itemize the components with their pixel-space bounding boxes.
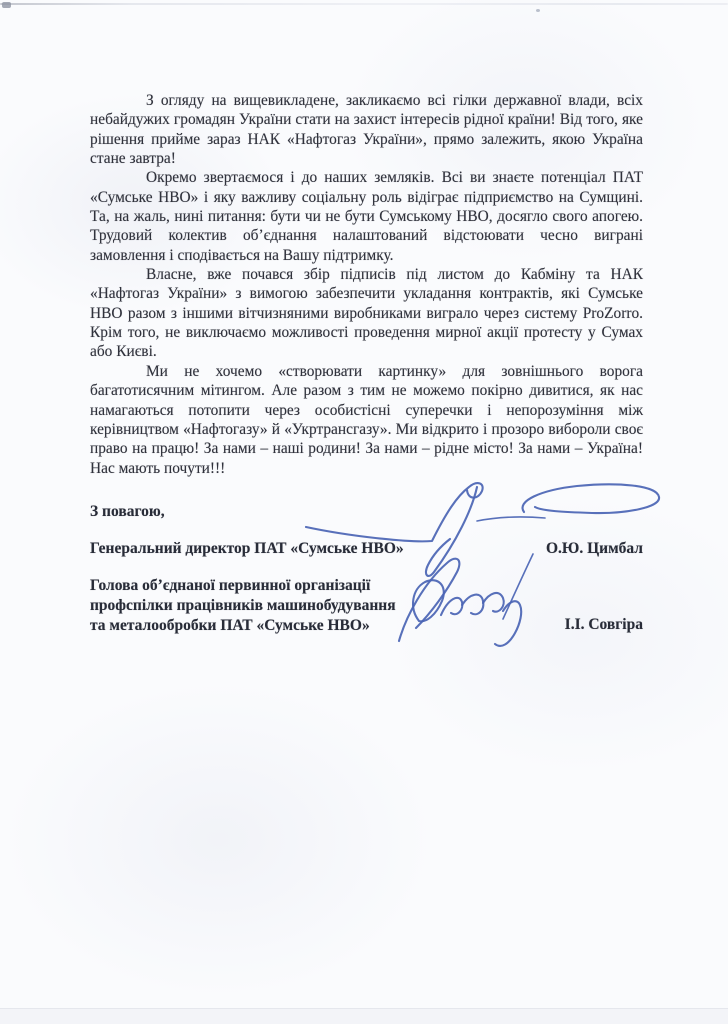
paragraph-appeal-authorities: З огляду на вищевикладене, закликаємо вс… (90, 91, 643, 168)
union-title-line-3: та металообробки ПАТ «Сумське НВО» (90, 616, 643, 636)
paragraph-petition-prozorro: Власне, вже почався збір підписів під ли… (90, 265, 643, 362)
paragraph-appeal-compatriots: Окремо звертаємося і до наших земляків. … (90, 168, 643, 265)
scan-edge-artifact-top (0, 3, 728, 5)
union-title-line-1: Голова об’єднаної первинної організації (90, 576, 643, 596)
letter-body: З огляду на вищевикладене, закликаємо вс… (90, 91, 643, 636)
scanned-letter-page: З огляду на вищевикладене, закликаємо вс… (0, 0, 728, 1024)
signatory-director-row: Генеральний директор ПАТ «Сумське НВО» О… (90, 539, 643, 558)
scan-edge-strip-bottom (0, 1009, 728, 1024)
paragraph-protest-statement: Ми не хочемо «створювати картинку» для з… (90, 362, 643, 478)
scan-speck-top-left (2, 2, 11, 8)
scan-speck-top-center (536, 9, 540, 12)
union-name: І.І. Совгіра (565, 615, 643, 634)
union-title-line-2: профспілки працівників машинобудування (90, 596, 643, 616)
closing-salutation: З повагою, (90, 502, 643, 521)
director-name: О.Ю. Цимбал (546, 539, 643, 558)
signatory-union-row: Голова об’єднаної первинної організації … (90, 576, 643, 636)
director-title: Генеральний директор ПАТ «Сумське НВО» (90, 539, 404, 558)
